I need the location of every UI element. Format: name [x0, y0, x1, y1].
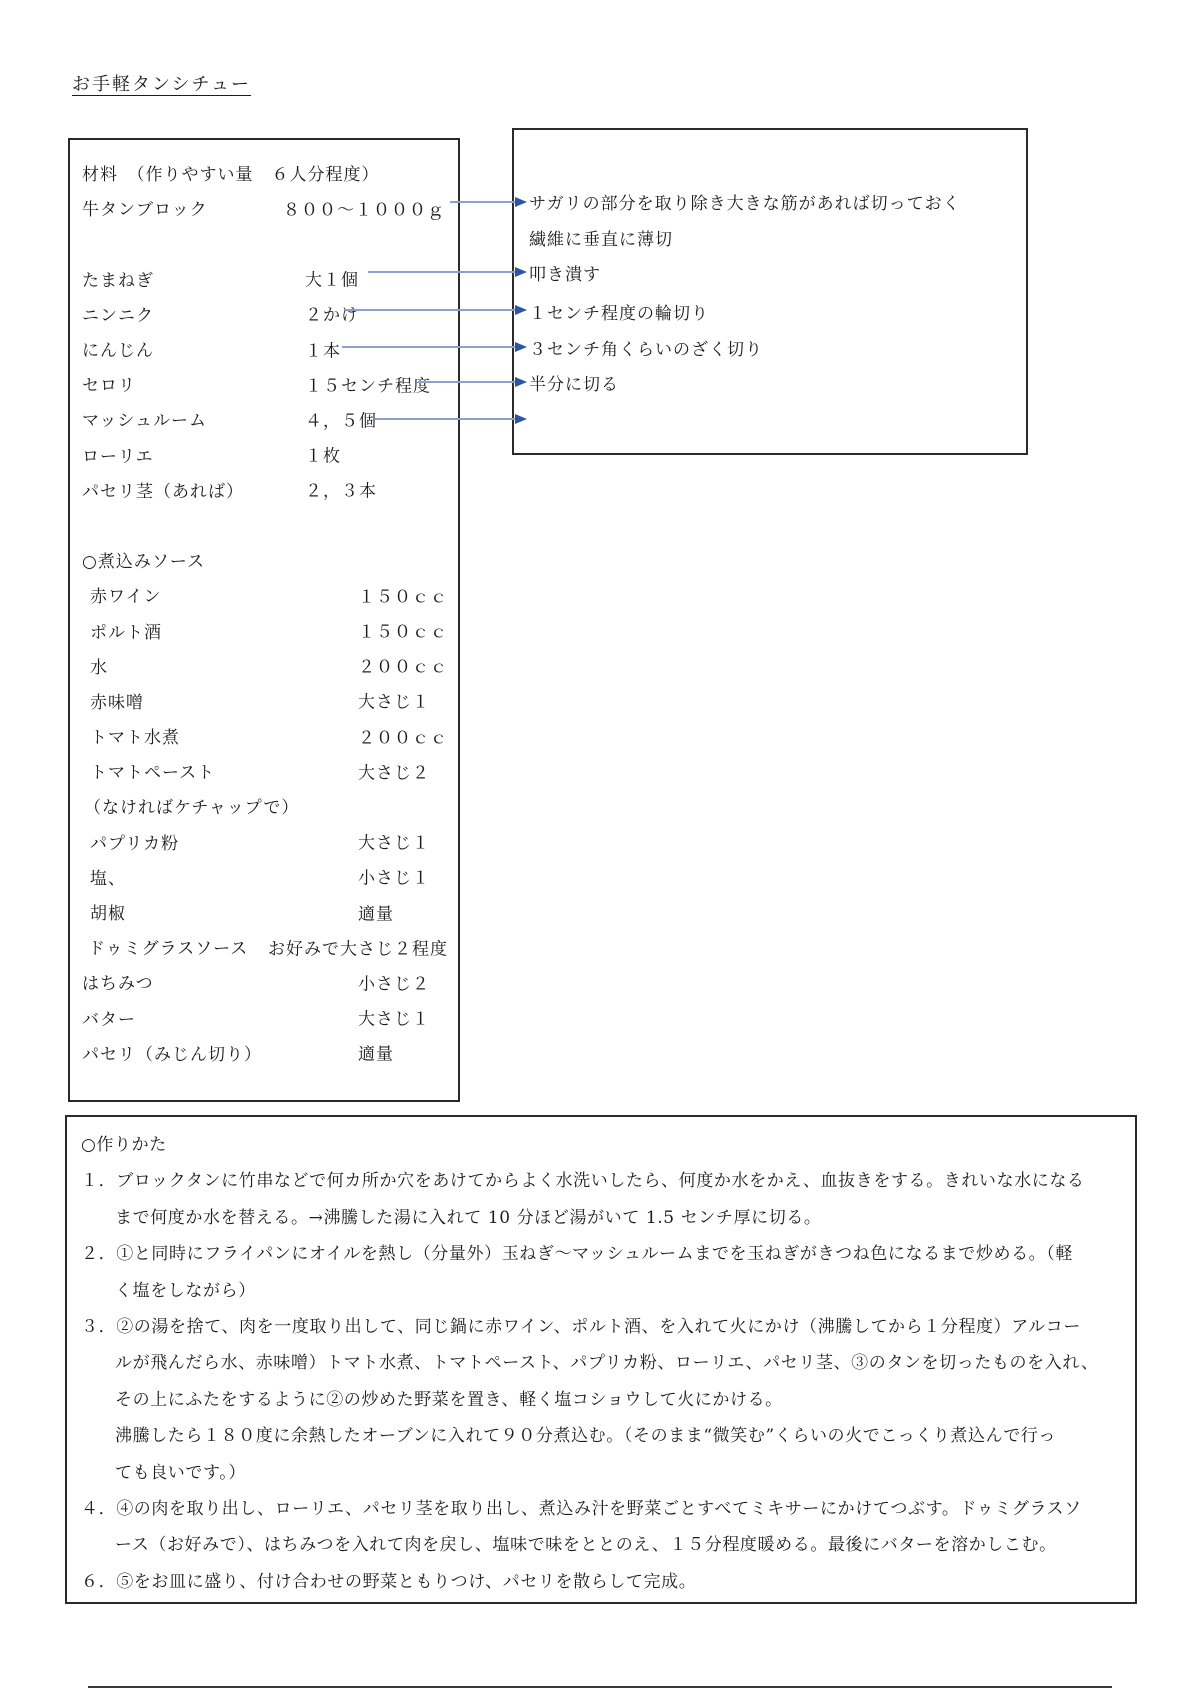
instruction-line: 沸騰したら１８０度に余熱したオーブンに入れて９０分煮込む。（そのまま“微笑む”く… — [81, 1418, 1135, 1454]
sauce-row: 赤ワイン １５０ｃｃ — [82, 577, 452, 612]
ingredient-row: ローリエ １枚 — [82, 437, 452, 472]
connector-arrow — [345, 304, 527, 316]
sauce-label: トマトペースト — [90, 758, 215, 783]
blank-row — [82, 507, 452, 542]
sauce-label: 水 — [90, 653, 108, 678]
ingredients-header: 材料 （作りやすい量 ６人分程度） — [82, 155, 452, 190]
sauce-value: ２００ｃｃ — [358, 653, 448, 678]
prep-notes-box: サガリの部分を取り除き大きな筋があれば切っておく 繊維に垂直に薄切 叩き潰す １… — [512, 128, 1028, 455]
sauce-row: ドゥミグラスソース お好みで大さじ２程度 — [82, 929, 452, 964]
sauce-row: トマトペースト 大さじ２ — [82, 753, 452, 788]
page-title: お手軽タンシチュー — [72, 70, 251, 96]
arrow-head-icon — [515, 305, 527, 315]
prep-note: ３センチ角くらいのざく切り — [529, 337, 763, 363]
instruction-line: ても良いです。） — [81, 1455, 1135, 1491]
sauce-value: 大さじ１ — [358, 829, 430, 854]
sauce-label: 赤ワイン — [90, 582, 162, 607]
sauce-label: トマト水煮 — [90, 723, 180, 748]
ingredient-row: パセリ茎（あれば） ２，３本 — [82, 472, 452, 507]
instruction-line: ６．⑤をお皿に盛り、付け合わせの野菜ともりつけ、パセリを散らして完成。 — [81, 1564, 1135, 1600]
instruction-line: ース（お好みで）、はちみつを入れて肉を戻し、塩味で味をととのえ、１５分程度暖める… — [81, 1527, 1135, 1563]
sauce-row: 赤味噌 大さじ１ — [82, 683, 452, 718]
sauce-label: ポルト酒 — [90, 618, 162, 643]
sauce-label: 塩、 — [90, 864, 126, 889]
sauce-value: 大さじ１ — [358, 688, 430, 713]
ingredient-value: ４，５個 — [305, 406, 377, 431]
sauce-value: 大さじ１ — [358, 1005, 430, 1030]
sauce-value: １５０ｃｃ — [358, 582, 448, 607]
sauce-value: 大さじ２ — [358, 758, 430, 783]
connector-arrow — [450, 196, 527, 208]
instruction-line: １．ブロックタンに竹串などで何カ所か穴をあけてからよく水洗いしたら、何度か水をか… — [81, 1163, 1135, 1199]
ingredients-box: 材料 （作りやすい量 ６人分程度） 牛タンブロック ８００～１０００ｇ たまねぎ… — [68, 138, 460, 1102]
sauce-value: 小さじ１ — [358, 864, 430, 889]
arrow-head-icon — [515, 377, 527, 387]
instruction-line: く塩をしながら） — [81, 1273, 1135, 1309]
page-bottom-rule — [88, 1686, 1112, 1688]
sauce-label: パプリカ粉 — [90, 829, 179, 854]
instructions-box: ○作りかた １．ブロックタンに竹串などで何カ所か穴をあけてからよく水洗いしたら、… — [65, 1115, 1137, 1604]
connector-arrow — [375, 413, 527, 425]
sauce-row: はちみつ 小さじ２ — [82, 964, 452, 999]
ingredient-label: ローリエ — [82, 442, 154, 467]
sauce-label: 赤味噌 — [90, 688, 144, 713]
sauce-label: はちみつ — [82, 969, 154, 994]
arrow-head-icon — [515, 197, 527, 207]
arrow-shaft — [418, 381, 515, 383]
connector-arrow — [418, 376, 527, 388]
arrow-head-icon — [515, 414, 527, 424]
arrow-head-icon — [515, 342, 527, 352]
arrow-shaft — [342, 346, 515, 348]
sauce-row: パプリカ粉 大さじ１ — [82, 824, 452, 859]
ingredient-value: １５センチ程度 — [305, 371, 431, 396]
ingredient-label: にんじん — [82, 336, 154, 361]
prep-note: サガリの部分を取り除き大きな筋があれば切っておく — [529, 191, 961, 217]
sauce-note-row: （なければケチャップで） — [82, 788, 452, 823]
sauce-row: バター 大さじ１ — [82, 1000, 452, 1035]
sauce-label: パセリ（みじん切り） — [82, 1040, 262, 1065]
connector-arrow — [342, 341, 527, 353]
instruction-line: ルが飛んだら水、赤味噌）トマト水煮、トマトペースト、パプリカ粉、ローリエ、パセリ… — [81, 1345, 1135, 1381]
sauce-value: 適量 — [358, 899, 394, 924]
instruction-line: その上にふたをするように②の炒めた野菜を置き、軽く塩コショウして火にかける。 — [81, 1382, 1135, 1418]
ingredient-value: 大１個 — [305, 266, 359, 291]
prep-note: １センチ程度の輪切り — [529, 301, 709, 327]
sauce-label: 胡椒 — [90, 899, 126, 924]
blank-row — [82, 225, 452, 260]
ingredient-label: マッシュルーム — [82, 406, 207, 431]
instruction-line: ２．①と同時にフライパンにオイルを熱し（分量外）玉ねぎ～マッシュルームまでを玉ね… — [81, 1236, 1135, 1272]
arrow-shaft — [450, 201, 515, 203]
connector-arrow — [368, 266, 527, 278]
sauce-row: ポルト酒 １５０ｃｃ — [82, 612, 452, 647]
sauce-value: 小さじ２ — [358, 969, 430, 994]
ingredient-label: セロリ — [82, 371, 136, 396]
ingredient-label: ニンニク — [82, 301, 154, 326]
sauce-section-header: ○煮込みソース — [82, 542, 452, 577]
sauce-row: トマト水煮 ２００ｃｃ — [82, 718, 452, 753]
instruction-line: まで何度か水を替える。→沸騰した湯に入れて 10 分ほど湯がいて 1.5 センチ… — [81, 1200, 1135, 1236]
prep-note: 叩き潰す — [529, 262, 601, 288]
ingredient-value: ８００～１０００ｇ — [283, 195, 445, 220]
ingredient-value: ２，３本 — [305, 477, 377, 502]
arrow-shaft — [345, 309, 515, 311]
sauce-label: ドゥミグラスソース — [88, 934, 248, 959]
sauce-label: バター — [82, 1005, 136, 1030]
instructions-header: ○作りかた — [81, 1127, 1135, 1163]
ingredient-row: 牛タンブロック ８００～１０００ｇ — [82, 190, 452, 225]
ingredient-value: １本 — [305, 336, 341, 361]
sauce-value: １５０ｃｃ — [358, 618, 448, 643]
ingredient-label: パセリ茎（あれば） — [82, 477, 244, 502]
prep-note: 繊維に垂直に薄切 — [529, 227, 673, 253]
sauce-row: 胡椒 適量 — [82, 894, 452, 929]
ingredients-header-label: 材料 （作りやすい量 ６人分程度） — [82, 160, 380, 185]
sauce-row: 塩、 小さじ１ — [82, 859, 452, 894]
sauce-row: 水 ２００ｃｃ — [82, 648, 452, 683]
sauce-value: お好みで大さじ２程度 — [268, 934, 448, 959]
instruction-line: ４．④の肉を取り出し、ローリエ、パセリ茎を取り出し、煮込み汁を野菜ごとすべてミキ… — [81, 1491, 1135, 1527]
sauce-label: （なければケチャップで） — [84, 793, 299, 818]
ingredient-value: １枚 — [305, 442, 341, 467]
arrow-head-icon — [515, 267, 527, 277]
arrow-shaft — [375, 418, 515, 420]
ingredient-label: 牛タンブロック — [82, 195, 208, 220]
sauce-row: パセリ（みじん切り） 適量 — [82, 1035, 452, 1070]
recipe-document: お手軽タンシチュー 材料 （作りやすい量 ６人分程度） 牛タンブロック ８００～… — [0, 0, 1200, 1696]
arrow-shaft — [368, 271, 515, 273]
ingredient-row: セロリ １５センチ程度 — [82, 366, 452, 401]
ingredient-label: たまねぎ — [82, 266, 154, 291]
sauce-value: 適量 — [358, 1040, 394, 1065]
prep-note: 半分に切る — [529, 372, 619, 398]
instruction-line: ３．②の湯を捨て、肉を一度取り出して、同じ鍋に赤ワイン、ポルト酒、を入れて火にか… — [81, 1309, 1135, 1345]
sauce-value: ２００ｃｃ — [358, 723, 448, 748]
